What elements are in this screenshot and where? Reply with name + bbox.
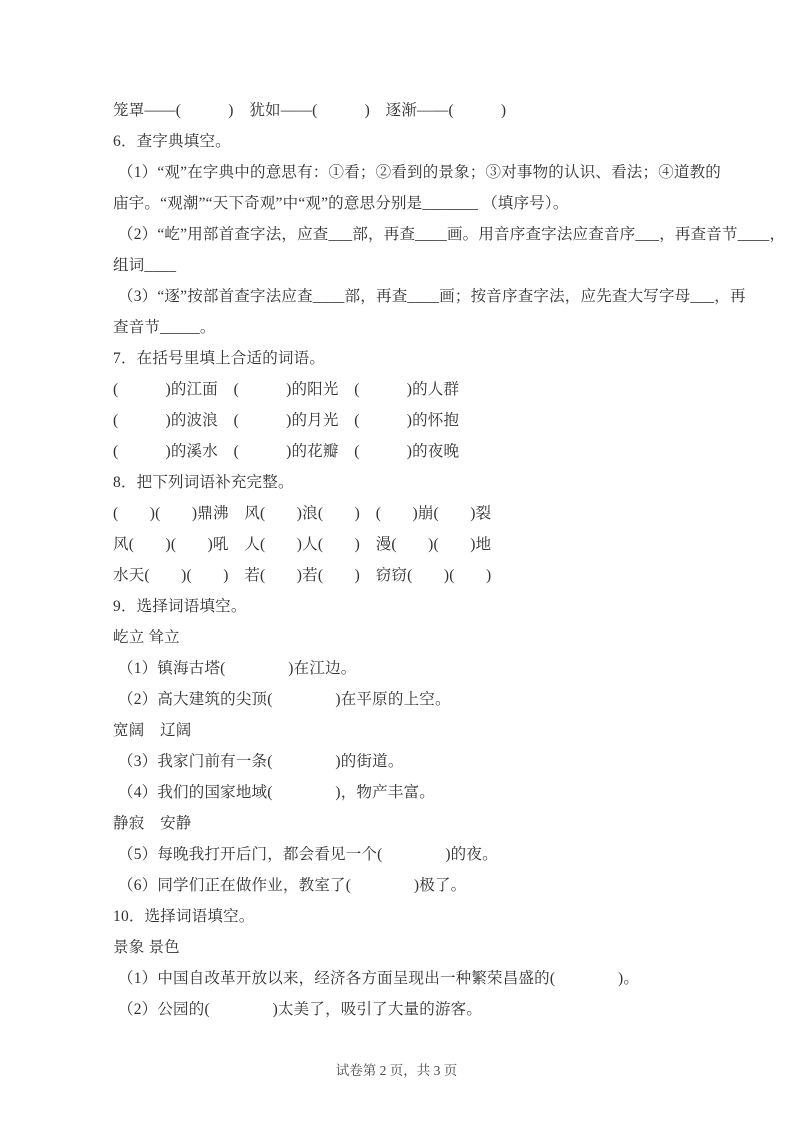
q6-part1-line2: 庙宇。“观潮”“天下奇观”中“观”的意思分别是_______ （填序号）。 (113, 188, 738, 219)
q6-part1-line1: （1）“观”在字典中的意思有：①看；②看到的景象；③对事物的认识、看法；④道教的 (113, 157, 738, 188)
worksheet-body: 笼罩——( ) 犹如——( ) 逐渐——( ) 6．查字典填空。 （1）“观”在… (113, 95, 738, 1025)
q9-item-5: （5）每晚我打开后门，都会看见一个( )的夜。 (113, 839, 738, 870)
q6-part3-line1: （3）“逐”按部首查字法应查____部，再查____画；按音序查字法，应先查大写… (113, 281, 738, 312)
q8-title: 8．把下列词语补充完整。 (113, 467, 738, 498)
q8-row-1: ( )( )鼎沸 风( )浪( ) ( )崩( )裂 (113, 498, 738, 529)
q10-title: 10．选择词语填空。 (113, 901, 738, 932)
test-paper-page: 笼罩——( ) 犹如——( ) 逐渐——( ) 6．查字典填空。 （1）“观”在… (0, 0, 793, 1122)
q9-item-6: （6）同学们正在做作业，教室了( )极了。 (113, 870, 738, 901)
page-footer: 试卷第 2 页，共 3 页 (0, 1059, 793, 1079)
q6-title: 6．查字典填空。 (113, 126, 738, 157)
q10-item-2: （2）公园的( )太美了，吸引了大量的游客。 (113, 994, 738, 1025)
q9-item-1: （1）镇海古塔( )在江边。 (113, 653, 738, 684)
q9-options-group-3: 静寂 安静 (113, 808, 738, 839)
q9-item-4: （4）我们的国家地域( )，物产丰富。 (113, 777, 738, 808)
q10-item-1: （1）中国自改革开放以来，经济各方面呈现出一种繁荣昌盛的( )。 (113, 963, 738, 994)
q6-part3-line2: 查音节_____。 (113, 312, 738, 343)
q7-row-3: ( )的溪水 ( )的花瓣 ( )的夜晚 (113, 436, 738, 467)
q6-part2-line2: 组词____ (113, 250, 738, 281)
q5-synonym-blanks-line: 笼罩——( ) 犹如——( ) 逐渐——( ) (113, 95, 738, 126)
q7-title: 7．在括号里填上合适的词语。 (113, 343, 738, 374)
q9-item-3: （3）我家门前有一条( )的街道。 (113, 746, 738, 777)
q9-options-group-1: 屹立 耸立 (113, 622, 738, 653)
q8-row-2: 风( )( )吼 人( )人( ) 漫( )( )地 (113, 529, 738, 560)
q7-row-1: ( )的江面 ( )的阳光 ( )的人群 (113, 374, 738, 405)
q7-row-2: ( )的波浪 ( )的月光 ( )的怀抱 (113, 405, 738, 436)
q8-row-3: 水天( )( ) 若( )若( ) 窃窃( )( ) (113, 560, 738, 591)
q9-title: 9．选择词语填空。 (113, 591, 738, 622)
q9-options-group-2: 宽阔 辽阔 (113, 715, 738, 746)
q9-item-2: （2）高大建筑的尖顶( )在平原的上空。 (113, 684, 738, 715)
q6-part2-line1: （2）“屹”用部首查字法，应查___部，再查____画。用音序查字法应查音序__… (113, 219, 738, 250)
q10-options: 景象 景色 (113, 932, 738, 963)
